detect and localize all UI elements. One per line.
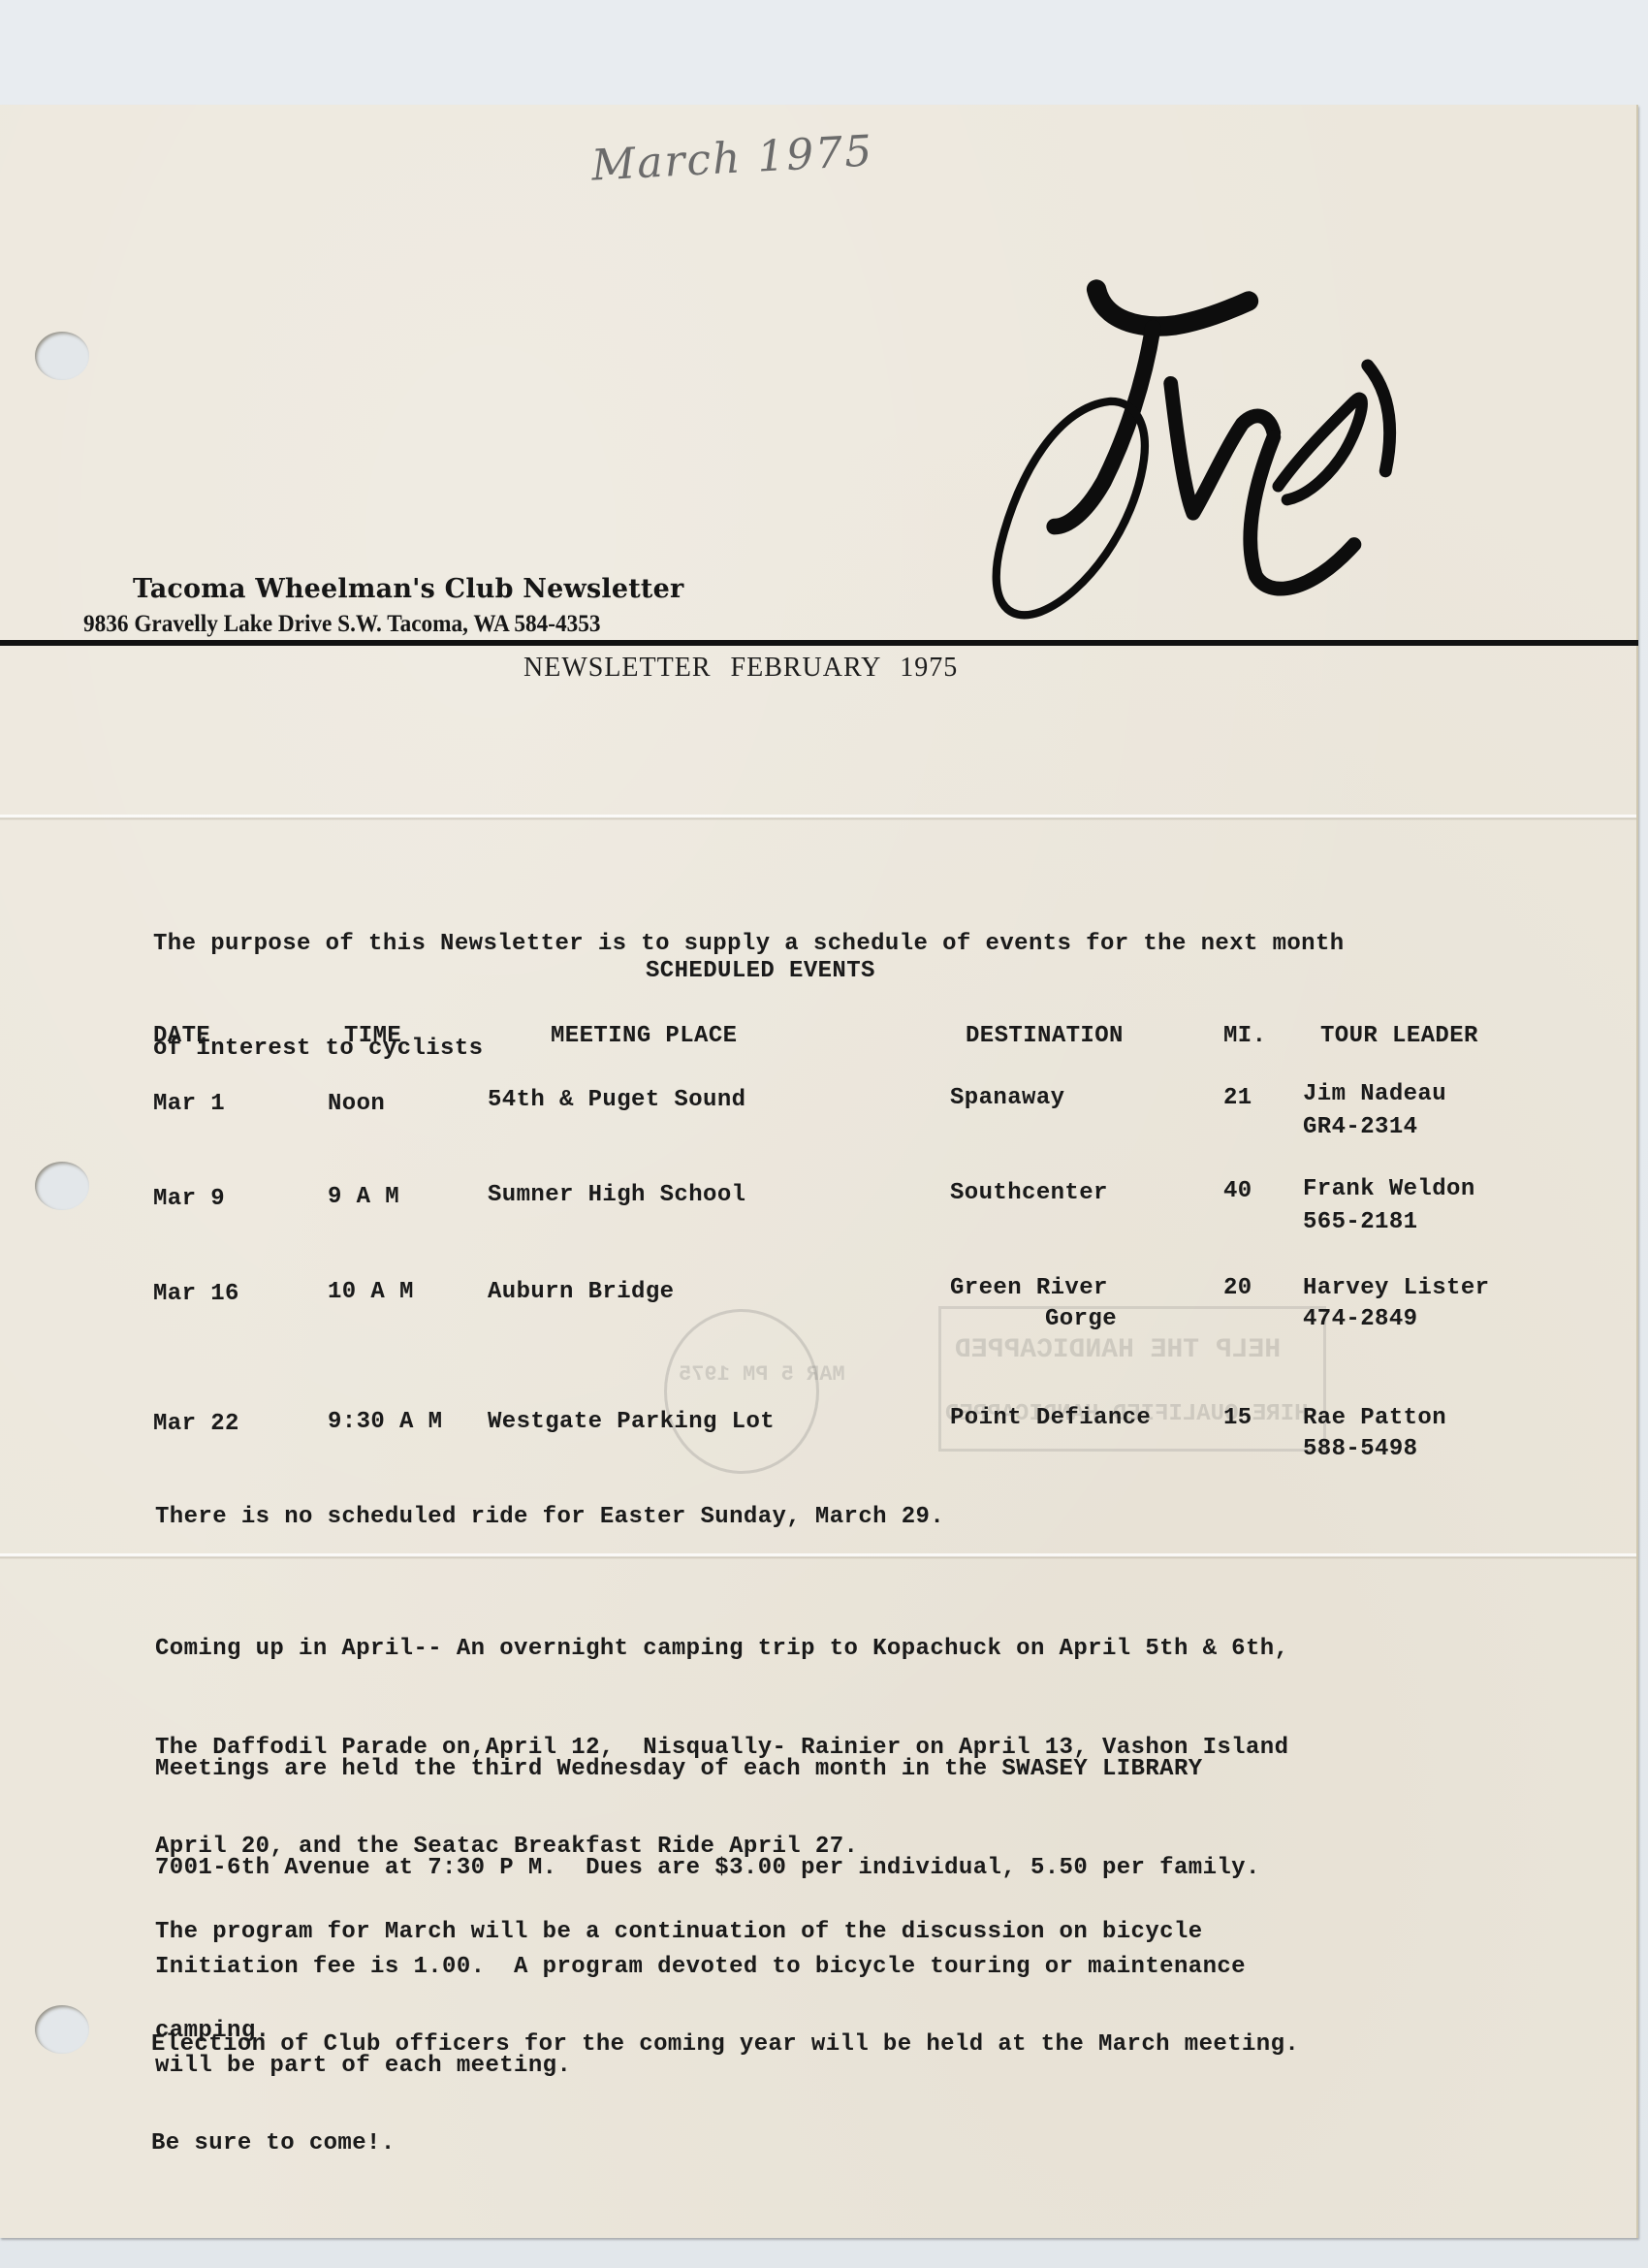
postmark-bleed-round bbox=[664, 1309, 819, 1474]
program-line-1: The program for March will be a continua… bbox=[155, 1916, 1203, 1949]
punch-hole-bottom bbox=[35, 2005, 89, 2054]
row-meeting-place: Westgate Parking Lot bbox=[488, 1406, 775, 1439]
column-header-meeting-place: MEETING PLACE bbox=[551, 1023, 737, 1049]
row-leader-phone: 565-2181 bbox=[1303, 1206, 1417, 1239]
issue-line: NEWSLETTER FEBRUARY 1975 bbox=[523, 653, 958, 684]
row-miles: 20 bbox=[1223, 1272, 1252, 1305]
row-miles: 15 bbox=[1223, 1402, 1252, 1435]
row-meeting-place: 54th & Puget Sound bbox=[488, 1084, 745, 1117]
row-leader: Rae Patton bbox=[1303, 1402, 1446, 1435]
row-meeting-place: Sumner High School bbox=[488, 1179, 745, 1212]
row-leader: Harvey Lister bbox=[1303, 1272, 1489, 1305]
easter-note: There is no scheduled ride for Easter Su… bbox=[155, 1501, 944, 1534]
row-date: Mar 9 bbox=[153, 1183, 225, 1216]
column-header-time: TIME bbox=[344, 1023, 401, 1049]
row-time: 10 A M bbox=[328, 1276, 414, 1309]
intro-line-1: The purpose of this Newsletter is to sup… bbox=[153, 927, 1345, 962]
row-time: Noon bbox=[328, 1088, 385, 1121]
column-header-miles: MI. bbox=[1223, 1023, 1266, 1049]
row-time: 9 A M bbox=[328, 1181, 399, 1214]
column-header-destination: DESTINATION bbox=[966, 1023, 1124, 1049]
row-destination: Point Defiance bbox=[950, 1402, 1151, 1435]
row-date: Mar 16 bbox=[153, 1278, 239, 1311]
row-destination: Spanaway bbox=[950, 1082, 1064, 1115]
row-time: 9:30 A M bbox=[328, 1406, 442, 1439]
april-line-1: Coming up in April-- An overnight campin… bbox=[155, 1633, 1288, 1666]
row-destination: Green River bbox=[950, 1272, 1108, 1305]
postmark-bleed-rect-line1: HELP THE HANDICAPPED bbox=[955, 1335, 1281, 1365]
club-title: Tacoma Wheelman's Club Newsletter bbox=[133, 574, 683, 604]
row-leader-phone: GR4-2314 bbox=[1303, 1111, 1417, 1144]
row-date: Mar 22 bbox=[153, 1408, 239, 1441]
row-leader: Jim Nadeau bbox=[1303, 1078, 1446, 1111]
row-destination: Southcenter bbox=[950, 1177, 1108, 1210]
scheduled-events-heading: SCHEDULED EVENTS bbox=[646, 958, 875, 984]
row-date: Mar 1 bbox=[153, 1088, 225, 1121]
row-destination-line2: Gorge bbox=[1045, 1303, 1117, 1336]
row-leader-phone: 474-2849 bbox=[1303, 1303, 1417, 1336]
club-address: 9836 Gravelly Lake Drive S.W. Tacoma, WA… bbox=[83, 611, 600, 638]
row-miles: 21 bbox=[1223, 1082, 1252, 1115]
column-header-date: DATE bbox=[153, 1023, 210, 1049]
postmark-bleed-round-text: MAR 5 PM 1975 bbox=[679, 1362, 845, 1387]
meetings-line-1: Meetings are held the third Wednesday of… bbox=[155, 1753, 1260, 1786]
column-header-tour-leader: TOUR LEADER bbox=[1320, 1023, 1478, 1049]
twc-bicycle-logo-icon bbox=[969, 257, 1435, 635]
intro-line-2: of interest to cyclists bbox=[153, 1032, 1345, 1067]
fold-crease-upper bbox=[0, 815, 1636, 820]
punch-hole-top bbox=[35, 332, 89, 380]
election-line-2: Be sure to come!. bbox=[151, 2127, 1299, 2160]
row-miles: 40 bbox=[1223, 1175, 1252, 1208]
fold-crease-lower bbox=[0, 1553, 1636, 1559]
row-leader-phone: 588-5498 bbox=[1303, 1433, 1417, 1466]
election-line-1: Election of Club officers for the coming… bbox=[151, 2028, 1299, 2061]
election-paragraph: Election of Club officers for the coming… bbox=[151, 1963, 1299, 2193]
masthead-rule bbox=[0, 640, 1638, 646]
punch-hole-middle bbox=[35, 1162, 89, 1210]
row-leader: Frank Weldon bbox=[1303, 1173, 1475, 1206]
row-meeting-place: Auburn Bridge bbox=[488, 1276, 674, 1309]
